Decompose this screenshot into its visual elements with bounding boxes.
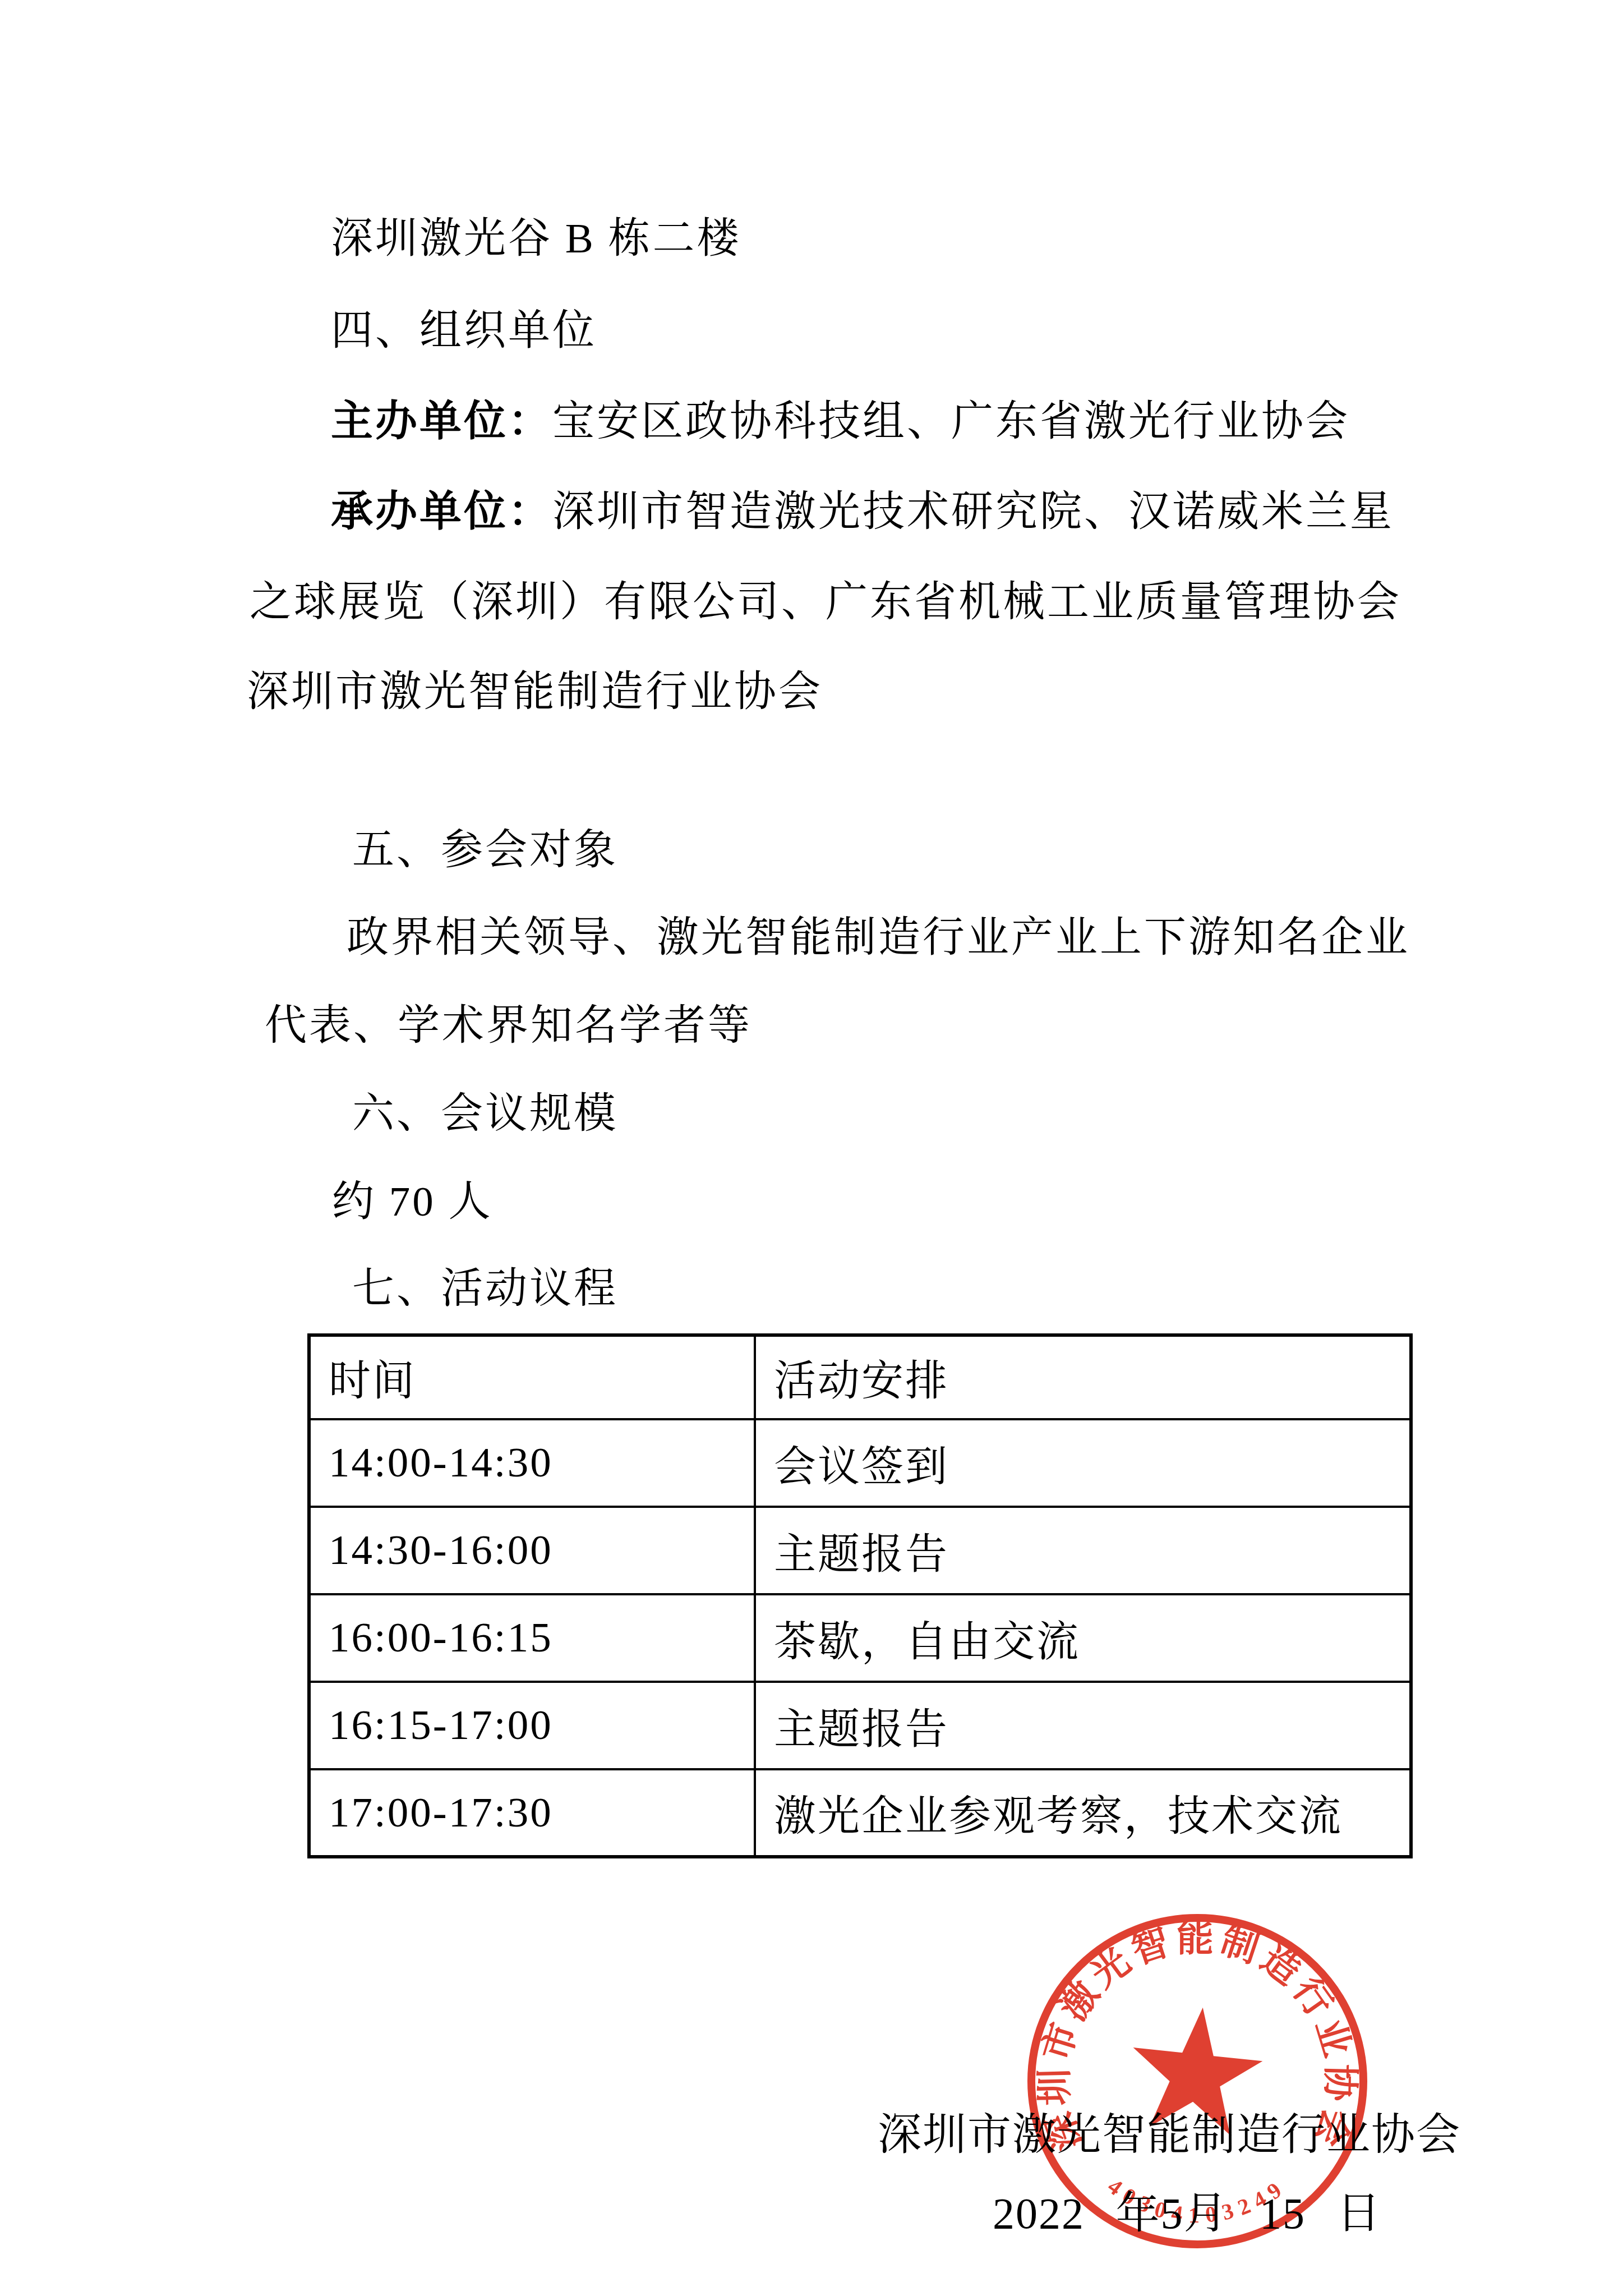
cell-time: 17:00-17:30	[309, 1769, 755, 1857]
body-line-organizer: 承办单位：深圳市智造激光技术研究院、汉诺威米兰星	[331, 489, 1394, 536]
body-line-organizer-3: 深圳市激光智能制造行业协会	[247, 669, 823, 716]
signature-org: 深圳市激光智能制造行业协会	[878, 2100, 1461, 2162]
table-row: 16:15-17:00 主题报告	[309, 1682, 1411, 1769]
section-title-6: 六、会议规模	[352, 1091, 618, 1138]
table-row: 14:00-14:30 会议签到	[309, 1419, 1411, 1507]
cell-activity: 会议签到	[755, 1419, 1411, 1507]
cell-activity: 茶歇，自由交流	[755, 1594, 1411, 1682]
table-row: 17:00-17:30 激光企业参观考察，技术交流	[309, 1769, 1411, 1857]
signature-date: 2022 年5月 15 日	[993, 2178, 1382, 2241]
header-cell-time: 时间	[309, 1335, 755, 1419]
host-label: 主办单位：	[331, 398, 552, 445]
body-line-scale: 约 70 人	[332, 1179, 493, 1226]
cell-time: 14:00-14:30	[309, 1419, 755, 1507]
cell-time: 14:30-16:00	[309, 1507, 755, 1594]
section-title-7: 七、活动议程	[352, 1266, 618, 1313]
table-row: 16:00-16:15 茶歇，自由交流	[309, 1594, 1411, 1682]
body-line-attendees: 政界相关领导、激光智能制造行业产业上下游知名企业	[347, 915, 1410, 961]
host-text: 宝安区政协科技组、广东省激光行业协会	[552, 398, 1350, 445]
body-line-venue: 深圳激光谷 B 栋二楼	[331, 216, 741, 263]
body-line-host: 主办单位：宝安区政协科技组、广东省激光行业协会	[331, 399, 1350, 445]
table-row: 14:30-16:00 主题报告	[309, 1507, 1411, 1594]
cell-activity: 主题报告	[755, 1682, 1411, 1769]
cell-activity: 主题报告	[755, 1507, 1411, 1594]
cell-time: 16:15-17:00	[309, 1682, 755, 1769]
body-line-organizer-2: 之球展览（深圳）有限公司、广东省机械工业质量管理协会	[250, 579, 1401, 626]
cell-time: 16:00-16:15	[309, 1594, 755, 1682]
cell-activity: 激光企业参观考察，技术交流	[755, 1769, 1411, 1857]
header-cell-activity: 活动安排	[755, 1335, 1411, 1419]
organizer-label: 承办单位：	[331, 489, 552, 535]
table-header-row: 时间 活动安排	[309, 1335, 1411, 1419]
agenda-table: 时间 活动安排 14:00-14:30 会议签到 14:30-16:00 主题报…	[307, 1333, 1413, 1858]
document-page: 深圳激光谷 B 栋二楼 四、组织单位 主办单位：宝安区政协科技组、广东省激光行业…	[0, 0, 1623, 2296]
section-title-5: 五、参会对象	[352, 827, 618, 874]
section-title-4: 四、组织单位	[331, 308, 597, 355]
organizer-text: 深圳市智造激光技术研究院、汉诺威米兰星	[552, 489, 1394, 535]
body-line-attendees-2: 代表、学术界知名学者等	[265, 1003, 752, 1050]
